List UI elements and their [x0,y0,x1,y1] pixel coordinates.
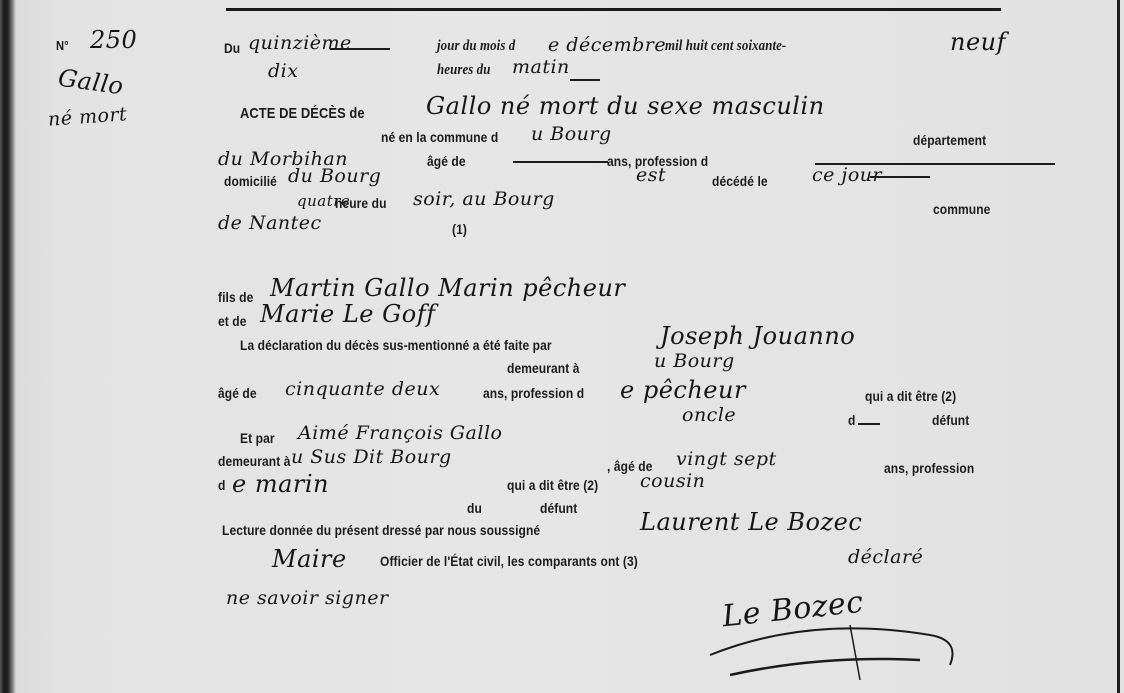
declaration-intro: La déclaration du décès sus-mentionné a … [240,337,552,353]
residence-1-value: u Bourg [654,350,735,372]
fill-line [870,176,930,178]
dept-label: département [913,132,986,148]
relation-1-value: oncle [682,404,736,426]
hour-period: matin [512,56,570,78]
born-value: u Bourg [531,123,612,145]
declarant-2-intro: Et par [240,430,275,446]
du-2-label: du [467,500,482,516]
decede-value: ce jour [812,164,882,186]
top-rule [226,8,1001,11]
year-value: neuf [950,28,1006,56]
act-title: ACTE DE DÉCÈS de [240,105,365,122]
day-value: quinzième [248,32,352,54]
fill-line [858,423,880,425]
age-2-value: vingt sept [676,448,777,470]
age-label: âgé de [427,153,466,169]
officer-label: Officier de l'État civil, les comparants… [380,553,638,569]
hour-label: heures du [437,62,490,79]
mother-label: et de [218,313,247,329]
right-margin-rule [1117,0,1120,693]
fils-label: fils de [218,289,253,305]
time-period: soir, au Bourg [413,188,555,210]
not-sign-note: ne savoir signer [226,587,389,609]
fill-line [570,79,600,81]
mother-name: Marie Le Goff [260,300,436,328]
day-label: jour du mois d [437,38,515,55]
relation-2-value: cousin [640,470,705,492]
hour-value: dix [268,60,298,82]
age-1-value: cinquante deux [285,378,440,400]
father-name: Martin Gallo Marin pêcheur [270,274,625,302]
relation-1-label: qui a dit être (2) [865,388,956,404]
domicile-label: domicilié [224,173,277,189]
profession-2-value: e marin [232,470,329,498]
profession-2-label: ans, profession [884,460,974,476]
officer-title: Maire [272,545,347,573]
commune-value: de Nantec [218,212,322,234]
officer-name: Laurent Le Bozec [640,508,862,536]
month-value: e décembre [548,34,666,56]
profession-1-label: ans, profession d [483,385,584,401]
residence-2-label: demeurant à [218,453,291,469]
residence-2-value: u Sus Dit Bourg [291,446,452,468]
decede-label: décédé le [712,173,768,189]
fill-line [330,48,390,50]
footnote-1: (1) [452,221,467,237]
signature-flourish [690,585,990,685]
year-label: mil huit cent soixante- [665,38,786,55]
day-prefix: Du [224,40,240,56]
declarant-2-name: Aimé François Gallo [298,422,502,444]
declared-value: déclaré [848,546,923,568]
age-blank-line [513,161,608,163]
residence-1-label: demeurant à [507,360,580,376]
est-value: est [636,164,666,186]
declarant-1-name: Joseph Jouanno [660,322,855,350]
commune-label: commune [933,201,990,217]
relation-2-label: qui a dit être (2) [507,477,598,493]
profession-2-prefix: d [218,477,225,493]
born-label: né en la commune d [381,129,498,145]
profession-1-value: e pêcheur [620,376,746,404]
reading-statement: Lecture donnée du présent dressé par nou… [222,522,540,538]
du-1-label: d [848,412,855,428]
deceased-name: Gallo né mort du sexe masculin [426,92,825,120]
defunt-2-label: défunt [540,500,577,516]
entry-number-label: N° [56,38,69,53]
domicile-value: du Bourg [288,165,381,187]
time-label: heure du [335,195,387,211]
entry-number: 250 [90,26,137,54]
defunt-1-label: défunt [932,412,969,428]
page-binding-edge [0,0,16,693]
age-1-label: âgé de [218,385,257,401]
